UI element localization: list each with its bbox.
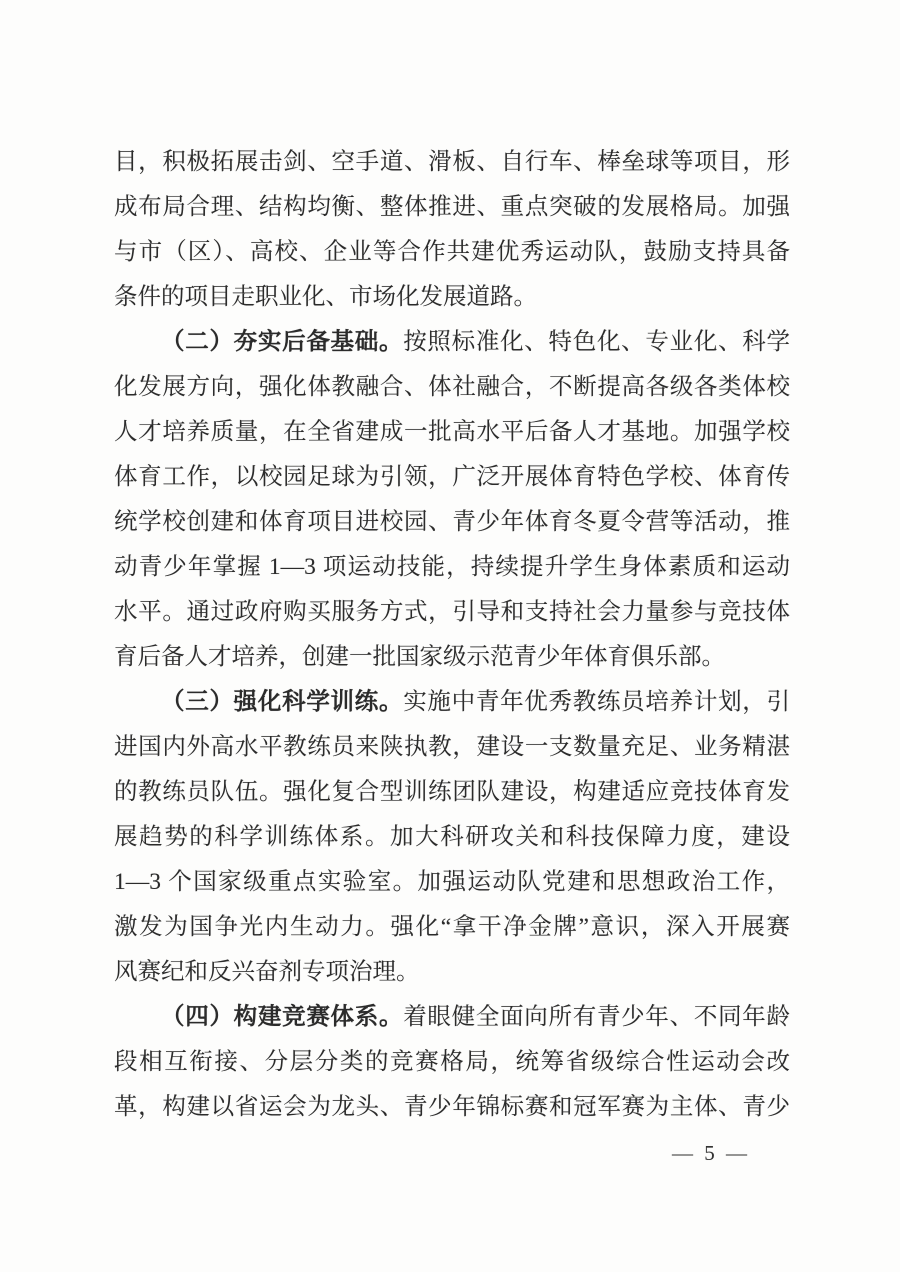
line-text: 着眼健全面向所有青少年、不同年龄 xyxy=(403,1004,790,1030)
text-line: 展趋势的科学训练体系。加大科研攻关和科技保障力度，建设 xyxy=(114,815,790,860)
text-line: 成布局合理、结构均衡、整体推进、重点突破的发展格局。加强 xyxy=(114,185,790,230)
document-body: 目，积极拓展击剑、空手道、滑板、自行车、棒垒球等项目，形成布局合理、结构均衡、整… xyxy=(114,140,790,1130)
text-line: 条件的项目走职业化、市场化发展道路。 xyxy=(114,275,790,320)
page-number: — 5 — xyxy=(672,1131,750,1176)
section-heading: （四）构建竞赛体系。 xyxy=(161,1004,403,1030)
text-line: 风赛纪和反兴奋剂专项治理。 xyxy=(114,950,790,995)
para-section-2: （二）夯实后备基础。按照标准化、特色化、专业化、科学化发展方向，强化体教融合、体… xyxy=(114,320,790,680)
text-line: （四）构建竞赛体系。着眼健全面向所有青少年、不同年龄 xyxy=(114,995,790,1040)
text-line: 化发展方向，强化体教融合、体社融合，不断提高各级各类体校 xyxy=(114,365,790,410)
line-text: 实施中青年优秀教练员培养计划，引 xyxy=(403,689,790,715)
text-line: 1—3 个国家级重点实验室。加强运动队党建和思想政治工作， xyxy=(114,860,790,905)
text-line: 目，积极拓展击剑、空手道、滑板、自行车、棒垒球等项目，形 xyxy=(114,140,790,185)
text-line: 水平。通过政府购买服务方式，引导和支持社会力量参与竞技体 xyxy=(114,590,790,635)
text-line: 革，构建以省运会为龙头、青少年锦标赛和冠军赛为主体、青少 xyxy=(114,1085,790,1130)
section-heading: （三）强化科学训练。 xyxy=(161,689,403,715)
text-line: 育后备人才培养，创建一批国家级示范青少年体育俱乐部。 xyxy=(114,635,790,680)
text-line: 进国内外高水平教练员来陕执教，建设一支数量充足、业务精湛 xyxy=(114,725,790,770)
line-text: 按照标准化、特色化、专业化、科学 xyxy=(403,329,790,355)
text-line: 人才培养质量，在全省建成一批高水平后备人才基地。加强学校 xyxy=(114,410,790,455)
para-continuation: 目，积极拓展击剑、空手道、滑板、自行车、棒垒球等项目，形成布局合理、结构均衡、整… xyxy=(114,140,790,320)
text-line: 动青少年掌握 1—3 项运动技能，持续提升学生身体素质和运动 xyxy=(114,545,790,590)
document-page: 目，积极拓展击剑、空手道、滑板、自行车、棒垒球等项目，形成布局合理、结构均衡、整… xyxy=(0,0,900,1272)
para-section-3: （三）强化科学训练。实施中青年优秀教练员培养计划，引进国内外高水平教练员来陕执教… xyxy=(114,680,790,995)
text-line: 段相互衔接、分层分类的竞赛格局，统筹省级综合性运动会改 xyxy=(114,1040,790,1085)
section-heading: （二）夯实后备基础。 xyxy=(161,329,403,355)
text-line: 统学校创建和体育项目进校园、青少年体育冬夏令营等活动，推 xyxy=(114,500,790,545)
para-section-4: （四）构建竞赛体系。着眼健全面向所有青少年、不同年龄段相互衔接、分层分类的竞赛格… xyxy=(114,995,790,1130)
text-line: 体育工作，以校园足球为引领，广泛开展体育特色学校、体育传 xyxy=(114,455,790,500)
text-line: 的教练员队伍。强化复合型训练团队建设，构建适应竞技体育发 xyxy=(114,770,790,815)
text-line: （三）强化科学训练。实施中青年优秀教练员培养计划，引 xyxy=(114,680,790,725)
text-line: （二）夯实后备基础。按照标准化、特色化、专业化、科学 xyxy=(114,320,790,365)
text-line: 激发为国争光内生动力。强化“拿干净金牌”意识，深入开展赛 xyxy=(114,905,790,950)
text-line: 与市（区）、高校、企业等合作共建优秀运动队，鼓励支持具备 xyxy=(114,230,790,275)
